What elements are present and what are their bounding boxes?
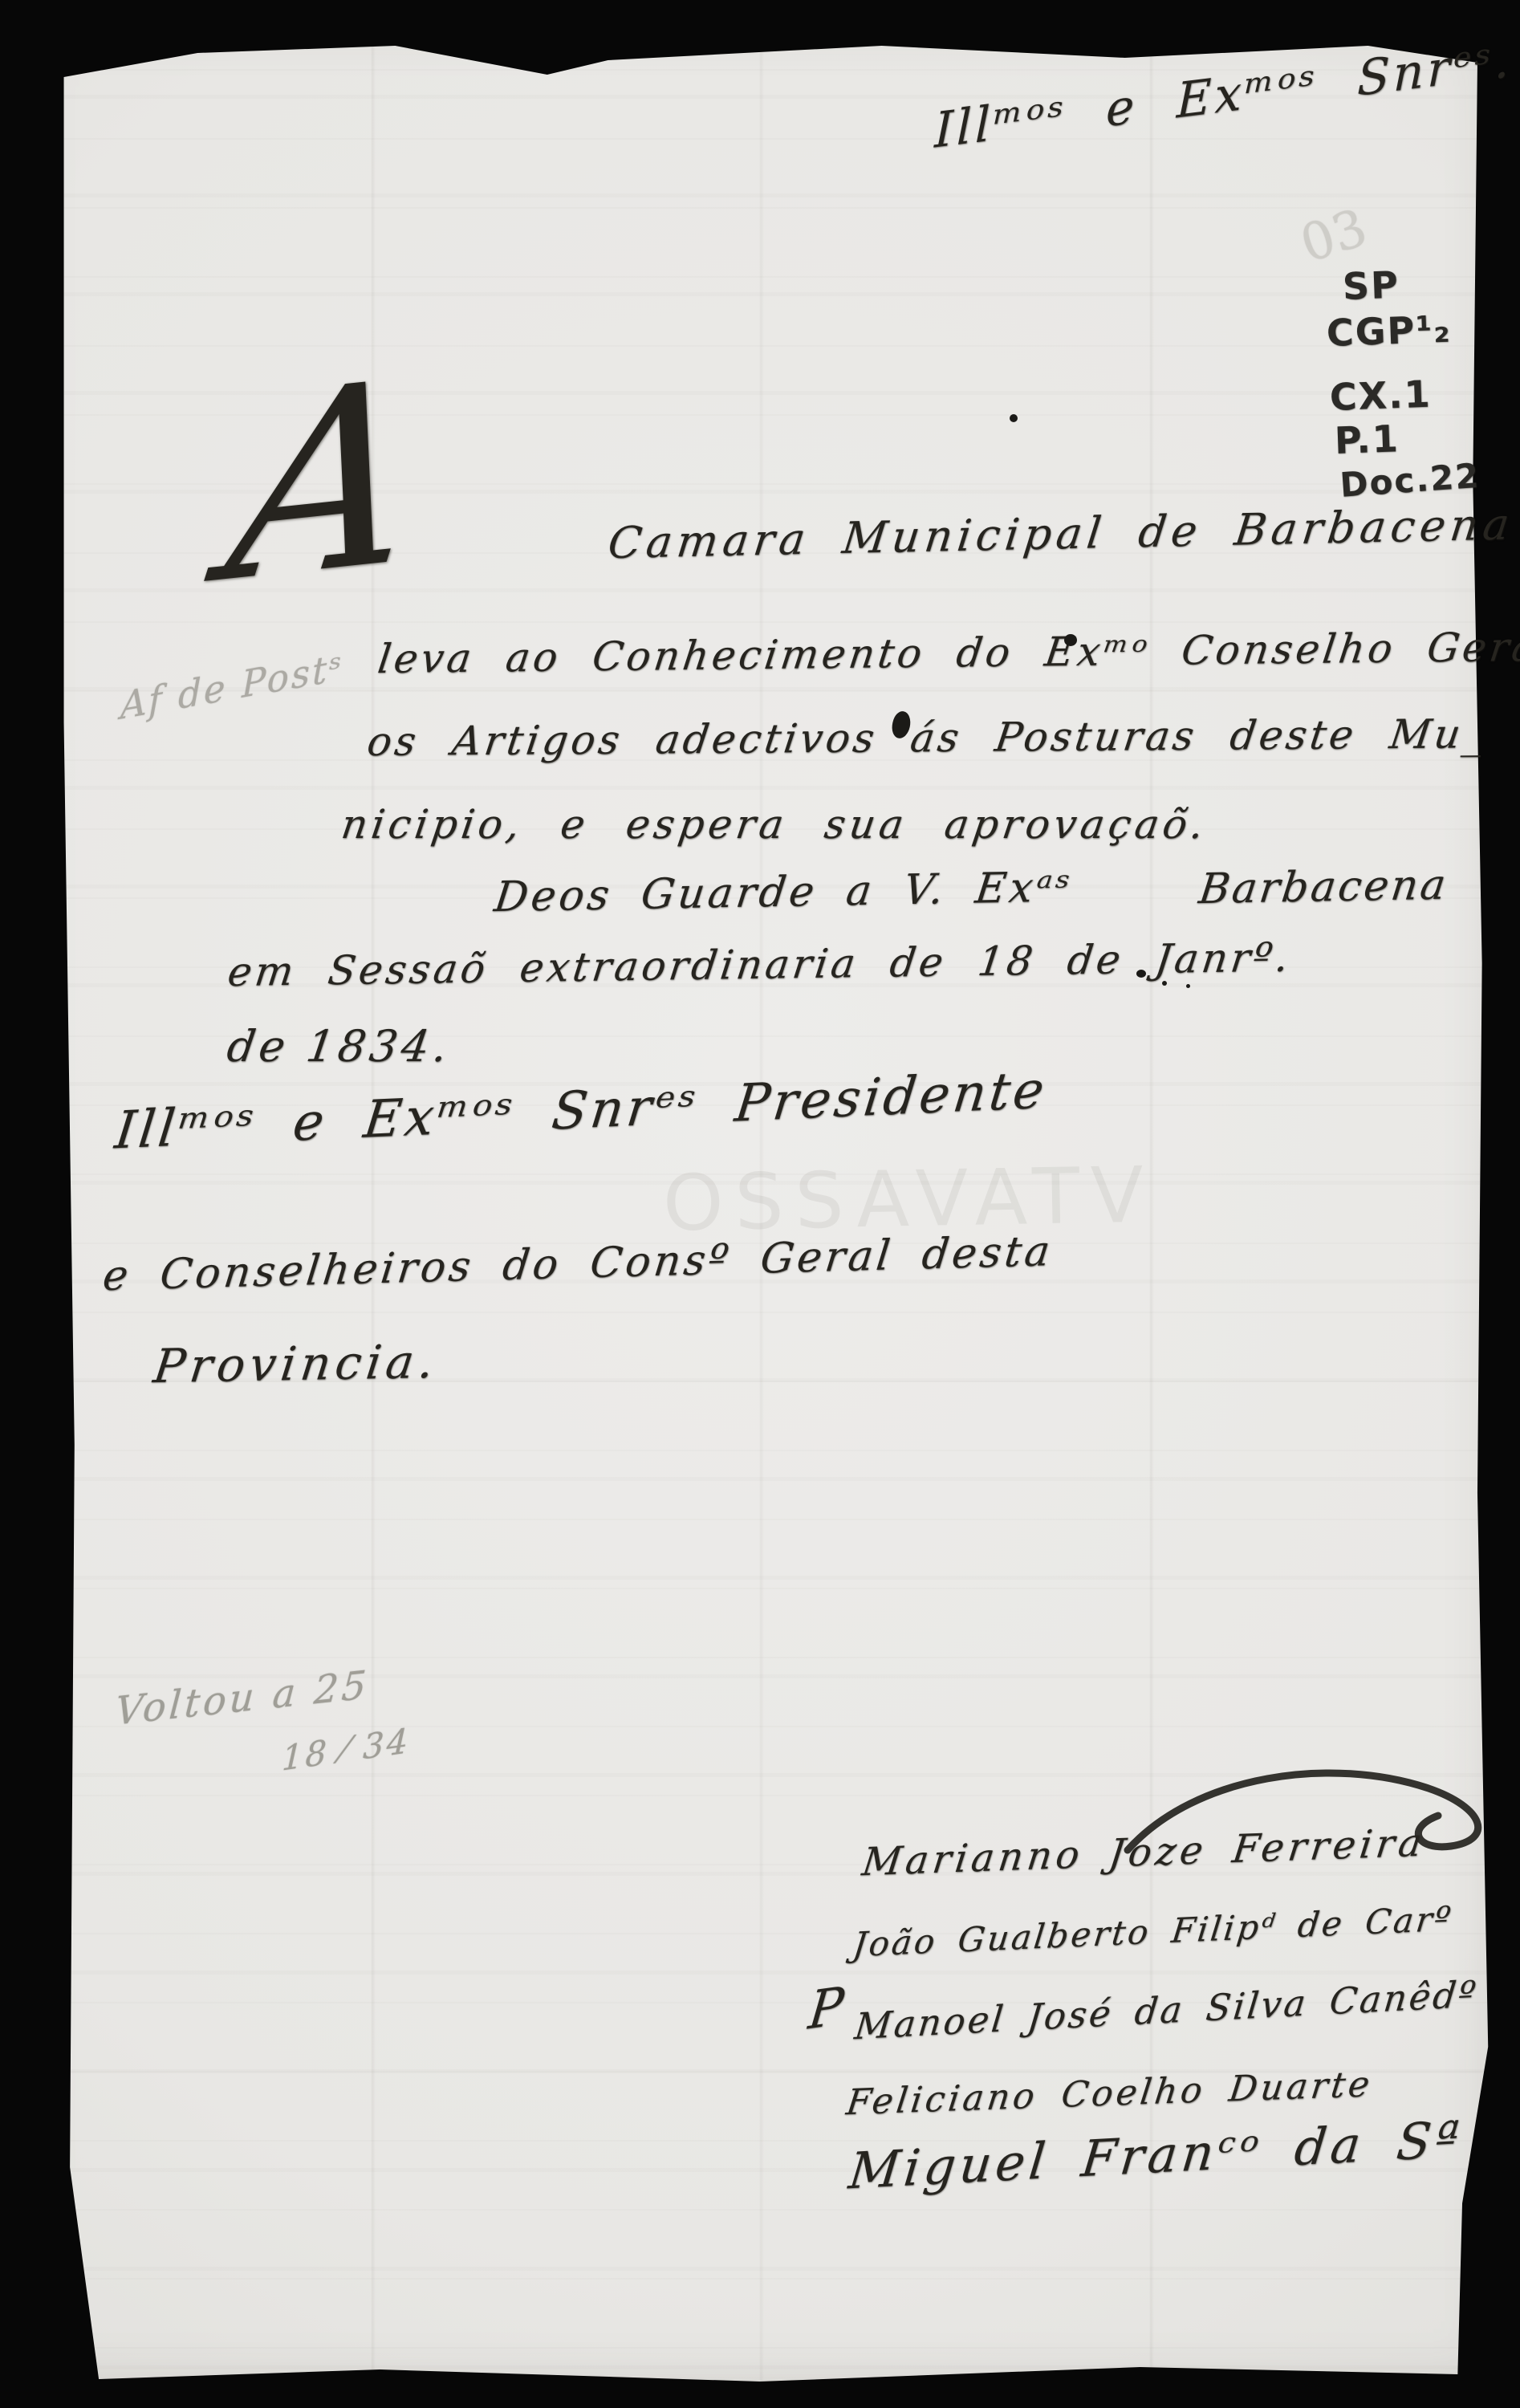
archive-mark-fund: SP (1342, 263, 1400, 308)
body-line-4: nicipio, e espera sua aprovaçaõ. (339, 801, 1211, 848)
address-line-3: Provincia. (151, 1334, 442, 1393)
ink-speck (1186, 984, 1190, 988)
body-line-7-year: de 1834. (224, 1021, 454, 1072)
ink-speck (1162, 981, 1167, 986)
archive-mark-series: CGP¹₂ (1326, 307, 1452, 355)
scanned-document: OSSAVATV Illᵐᵒˢ e Exᵐᵒˢ Snrᵉˢ. 03 SP CGP… (0, 0, 1520, 2408)
archive-mark-box: CX.1 (1329, 372, 1433, 419)
ink-blot (1064, 634, 1077, 646)
archive-mark-packet: P.1 (1334, 417, 1400, 462)
body-line-3: os Artigos adectivos ás Posturas deste M… (364, 710, 1490, 765)
ink-blot (1136, 970, 1146, 978)
ink-dot (1010, 414, 1018, 422)
body-line-5-place: Barbacena (1197, 861, 1451, 914)
signature-rubric: P (806, 1976, 847, 2042)
body-line-5-valediction: Deos Guarde a V. Exᵃˢ (492, 863, 1075, 921)
